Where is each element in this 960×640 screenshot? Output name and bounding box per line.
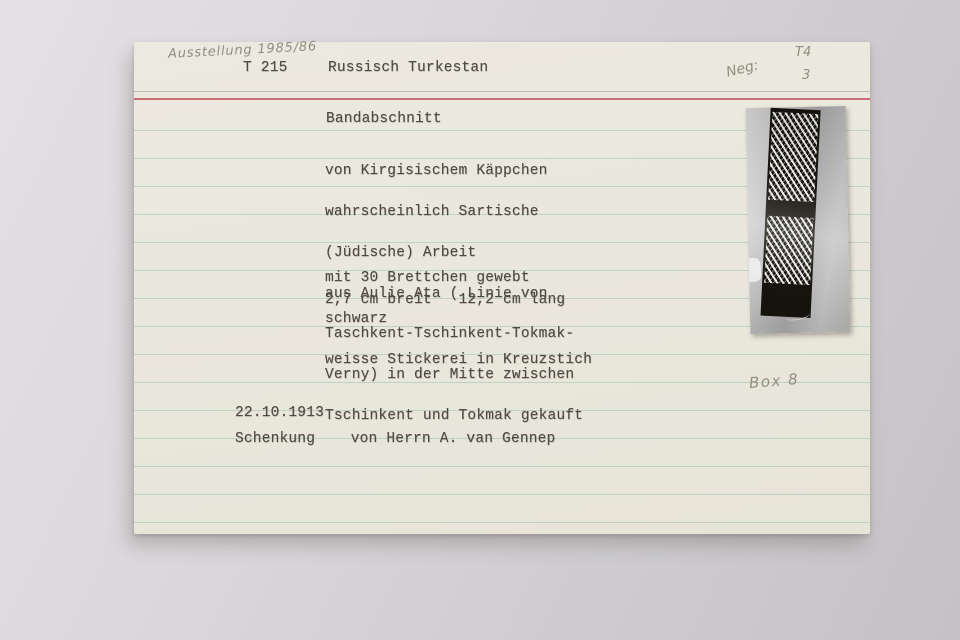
photograph-background: Ausstellung 1985/86 T 215 Russisch Turke… [0,0,960,640]
object-dimensions: 2,7 cm breit 12,2 cm lang [325,294,565,308]
object-title: Bandabschnitt [326,113,442,127]
description-line: wahrscheinlich Sartische [325,206,583,220]
technique-description: mit 30 Brettchen gewebt schwarz weisse S… [325,245,592,395]
technique-line: weisse Stickerei in Kreuzstich [325,354,592,368]
exhibition-note-handwriting: Ausstellung 1985/86 [168,39,318,62]
header-divider-line [134,91,870,92]
index-card: Ausstellung 1985/86 T 215 Russisch Turke… [134,42,870,534]
collection-region: Russisch Turkestan [328,62,488,76]
specimen-photo [746,106,851,334]
red-header-rule [134,98,870,100]
negative-number-top: T4 [795,45,811,60]
description-line: Tschinkent und Tokmak gekauft [325,410,583,424]
description-line: von Kirgisischem Käppchen [325,165,583,179]
catalog-number: T 215 [243,62,288,76]
acquisition-note: Schenkung von Herrn A. van Gennep [235,433,555,447]
photo-glossy-sheen [746,106,851,334]
acquisition-date: 22.10.1913 [235,407,324,421]
negative-number-bottom: 3 [802,68,810,83]
negative-label-handwriting: Neg: [725,57,761,80]
technique-line: mit 30 Brettchen gewebt [325,272,592,286]
technique-line: schwarz [325,313,592,327]
